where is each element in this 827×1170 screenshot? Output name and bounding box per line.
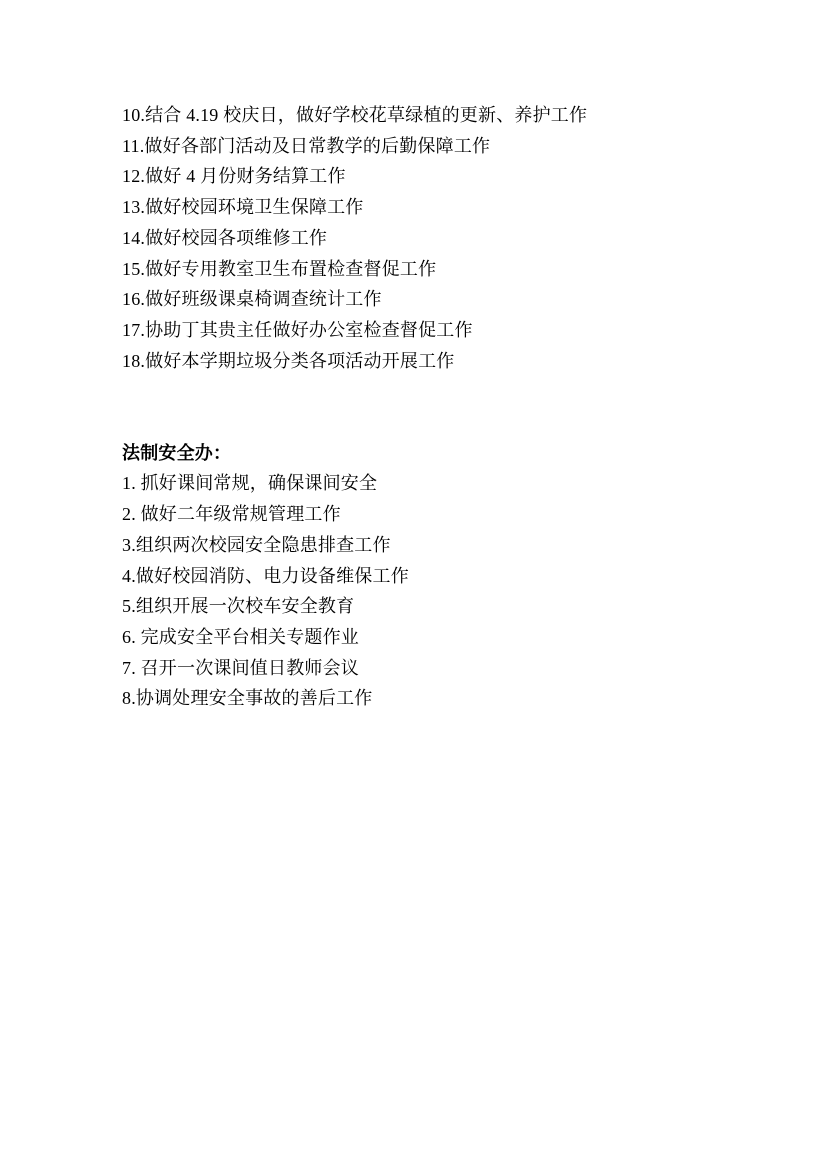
- list-item: 1. 抓好课间常规，确保课间安全: [122, 468, 731, 499]
- list-item: 14.做好校园各项维修工作: [122, 223, 731, 254]
- section-heading: 法制安全办：: [122, 438, 731, 469]
- list-item: 6. 完成安全平台相关专题作业: [122, 622, 731, 653]
- list-item: 2. 做好二年级常规管理工作: [122, 499, 731, 530]
- list-item: 7. 召开一次课间值日教师会议: [122, 653, 731, 684]
- list-item: 17.协助丁其贵主任做好办公室检查督促工作: [122, 315, 731, 346]
- list-item: 12.做好 4 月份财务结算工作: [122, 161, 731, 192]
- list-item: 11.做好各部门活动及日常教学的后勤保障工作: [122, 131, 731, 162]
- list-item: 3.组织两次校园安全隐患排查工作: [122, 530, 731, 561]
- list-item: 16.做好班级课桌椅调查统计工作: [122, 284, 731, 315]
- list-item: 18.做好本学期垃圾分类各项活动开展工作: [122, 346, 731, 377]
- document-page: 10.结合 4.19 校庆日，做好学校花草绿植的更新、养护工作 11.做好各部门…: [0, 0, 827, 1170]
- document-content: 10.结合 4.19 校庆日，做好学校花草绿植的更新、养护工作 11.做好各部门…: [122, 100, 731, 714]
- blank-line: [122, 376, 731, 407]
- list-item: 10.结合 4.19 校庆日，做好学校花草绿植的更新、养护工作: [122, 100, 731, 131]
- blank-line: [122, 407, 731, 438]
- list-item: 4.做好校园消防、电力设备维保工作: [122, 561, 731, 592]
- list-item: 8.协调处理安全事故的善后工作: [122, 683, 731, 714]
- list-item: 5.组织开展一次校车安全教育: [122, 591, 731, 622]
- list-item: 15.做好专用教室卫生布置检查督促工作: [122, 254, 731, 285]
- list-item: 13.做好校园环境卫生保障工作: [122, 192, 731, 223]
